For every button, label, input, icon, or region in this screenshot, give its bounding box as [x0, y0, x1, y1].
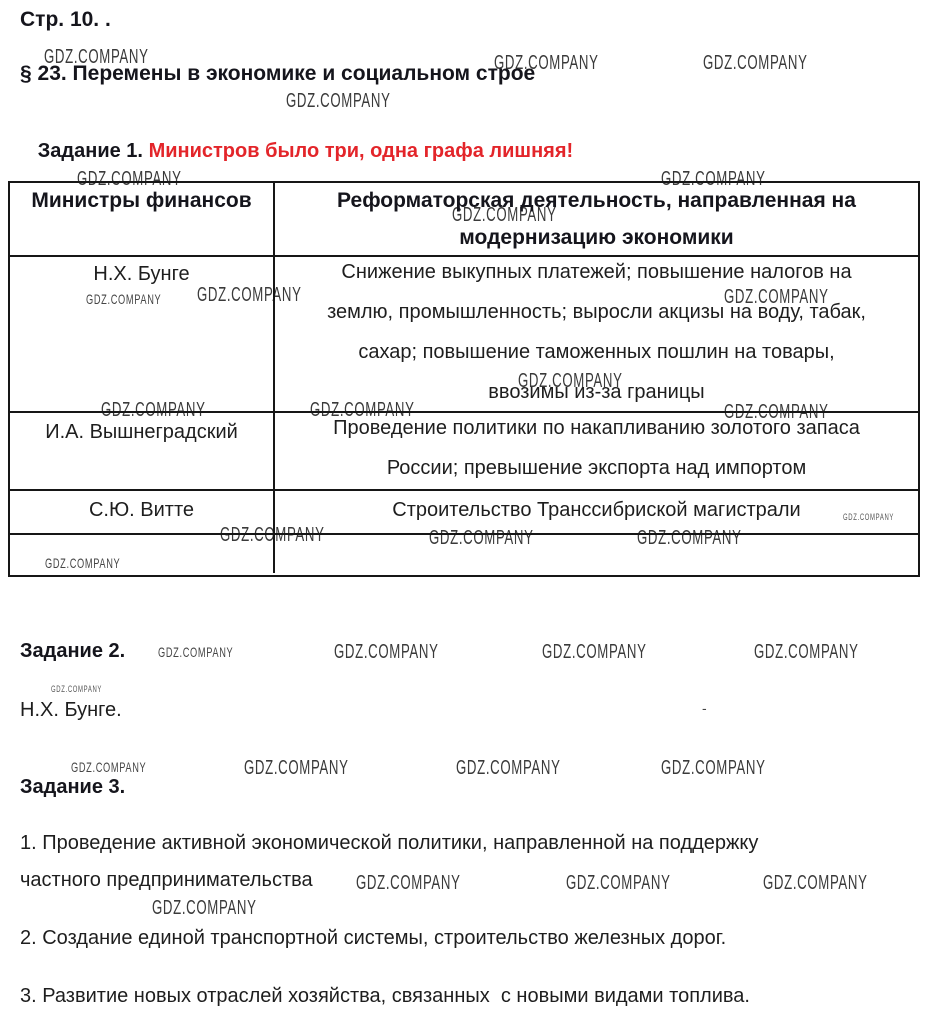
table-row: С.Ю. Витте Строительство Транссибриской … — [10, 491, 918, 535]
watermark: GDZ.COMPANY — [661, 757, 766, 780]
minister-cell: Н.Х. Бунге — [10, 257, 275, 411]
minister-name: Н.Х. Бунге — [10, 257, 273, 286]
watermark: GDZ.COMPANY — [71, 759, 146, 775]
document-page: GDZ.COMPANYGDZ.COMPANYGDZ.COMPANYGDZ.COM… — [0, 0, 933, 1026]
col2-header-line1: Реформаторская деятельность, направленна… — [275, 183, 918, 213]
watermark: GDZ.COMPANY — [566, 872, 671, 895]
activity-line: ввозимы из-за границы — [275, 372, 918, 412]
watermark: GDZ.COMPANY — [244, 757, 349, 780]
watermark: GDZ.COMPANY — [286, 90, 391, 113]
stray-mark: - — [702, 700, 707, 716]
watermark: GDZ.COMPANY — [158, 644, 233, 660]
activity-cell: Проведение политики по накапливанию золо… — [275, 413, 918, 489]
task3-item1-line2: частного предпринимательства — [20, 869, 313, 892]
task1-line: Задание 1. Министров было три, одна граф… — [20, 122, 573, 181]
minister-name: С.Ю. Витте — [10, 491, 273, 522]
header-cell-ministers: Министры финансов — [10, 183, 275, 255]
minister-name: И.А. Вышнеградский — [10, 413, 273, 444]
task2-label: Задание 2. — [20, 640, 125, 663]
page-title: Стр. 10. . — [20, 8, 111, 32]
activity-line: землю, промышленность; выросли акцизы на… — [275, 292, 918, 332]
activity-line: сахар; повышение таможенных пошлин на то… — [275, 332, 918, 372]
watermark: GDZ.COMPANY — [356, 872, 461, 895]
task3-label: Задание 3. — [20, 776, 125, 799]
header-cell-activity: Реформаторская деятельность, направленна… — [275, 183, 918, 255]
minister-cell — [10, 535, 275, 573]
watermark: GDZ.COMPANY — [51, 684, 102, 694]
activity-line: России; превышение экспорта над импортом — [275, 448, 918, 488]
ministers-table: Министры финансов Реформаторская деятель… — [8, 181, 920, 577]
minister-cell: И.А. Вышнеградский — [10, 413, 275, 489]
activity-line: Строительство Транссибриской магистрали — [275, 491, 918, 522]
watermark: GDZ.COMPANY — [152, 897, 257, 920]
watermark: GDZ.COMPANY — [542, 641, 647, 664]
watermark: GDZ.COMPANY — [456, 757, 561, 780]
activity-cell — [275, 535, 918, 573]
activity-line: Снижение выкупных платежей; повышение на… — [275, 252, 918, 292]
task3-item1-line1: 1. Проведение активной экономической пол… — [20, 832, 758, 855]
task1-label: Задание 1. — [38, 140, 143, 162]
watermark: GDZ.COMPANY — [334, 641, 439, 664]
watermark: GDZ.COMPANY — [703, 52, 808, 75]
activity-cell: Снижение выкупных платежей; повышение на… — [275, 257, 918, 411]
table-row: Н.Х. Бунге Снижение выкупных платежей; п… — [10, 257, 918, 413]
section-heading: § 23. Перемены в экономике и социальном … — [20, 62, 535, 86]
task1-note: Министров было три, одна графа лишняя! — [149, 140, 574, 162]
task3-item3: 3. Развитие новых отраслей хозяйства, св… — [20, 985, 750, 1008]
task2-answer: Н.Х. Бунге. — [20, 699, 122, 722]
activity-line: Проведение политики по накапливанию золо… — [275, 408, 918, 448]
col2-header-line2: модернизацию экономики — [275, 226, 918, 250]
watermark: GDZ.COMPANY — [763, 872, 868, 895]
task3-item2: 2. Создание единой транспортной системы,… — [20, 927, 726, 950]
minister-cell: С.Ю. Витте — [10, 491, 275, 533]
watermark: GDZ.COMPANY — [754, 641, 859, 664]
table-row: И.А. Вышнеградский Проведение политики п… — [10, 413, 918, 491]
table-row-empty — [10, 535, 918, 573]
col1-header: Министры финансов — [10, 183, 273, 213]
activity-cell: Строительство Транссибриской магистрали — [275, 491, 918, 533]
table-header-row: Министры финансов Реформаторская деятель… — [10, 183, 918, 257]
